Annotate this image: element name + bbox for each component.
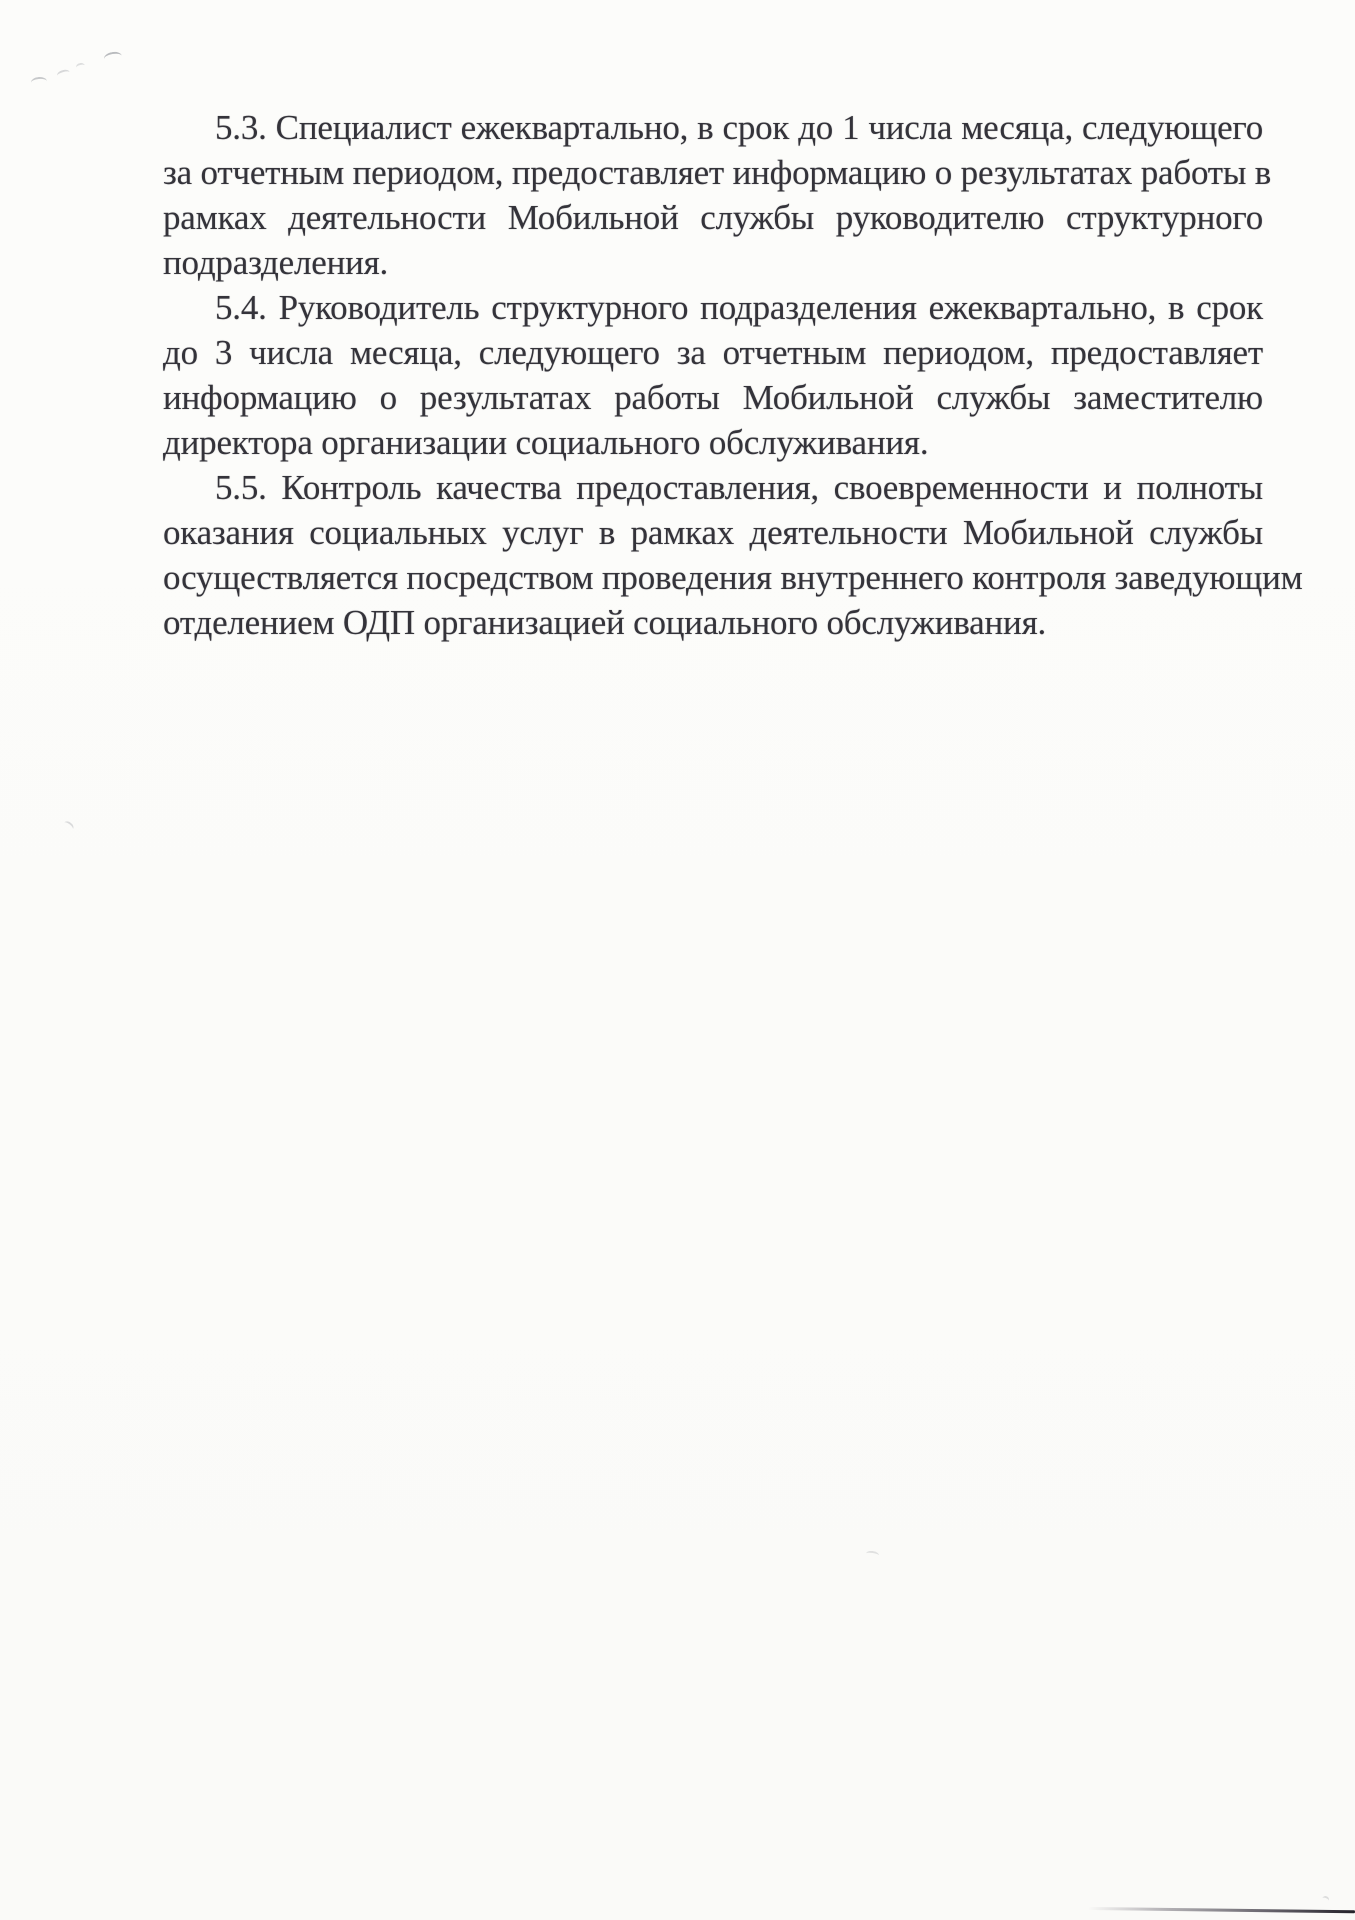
text-line: 5.5. Контроль качества предоставления, с… [163,465,1263,510]
text-line: осуществляется посредством проведения вн… [163,555,1263,600]
paragraph-5-3: 5.3. Специалист ежеквартально, в срок до… [163,105,1263,285]
pencil-smudge [62,819,76,832]
paragraph-5-4: 5.4. Руководитель структурного подраздел… [163,285,1263,465]
text-line: за отчетным периодом, предоставляет инфо… [163,150,1263,195]
scanned-document-page: 5.3. Специалист ежеквартально, в срок до… [0,0,1355,1920]
pencil-smudge [103,51,123,65]
text-line: информацию о результатах работы Мобильно… [163,375,1263,420]
text-line: 5.3. Специалист ежеквартально, в срок до… [163,105,1263,150]
text-line: до 3 числа месяца, следующего за отчетны… [163,330,1263,375]
text-line: отделением ОДП организацией социального … [163,600,1263,645]
text-line: 5.4. Руководитель структурного подраздел… [163,285,1263,330]
paragraph-5-5: 5.5. Контроль качества предоставления, с… [163,465,1263,645]
pencil-smudge [866,1550,880,1559]
pencil-smudge [31,76,48,87]
pencil-smudge [56,68,71,79]
text-line: подразделения. [163,240,1263,285]
pencil-smudge [75,62,85,71]
scanner-streak-line [1088,1907,1355,1913]
document-body: 5.3. Специалист ежеквартально, в срок до… [163,0,1263,645]
text-line: рамках деятельности Мобильной службы рук… [163,195,1263,240]
pencil-smudge [1321,1895,1330,1904]
text-line: оказания социальных услуг в рамках деяте… [163,510,1263,555]
text-line: директора организации социального обслуж… [163,420,1263,465]
